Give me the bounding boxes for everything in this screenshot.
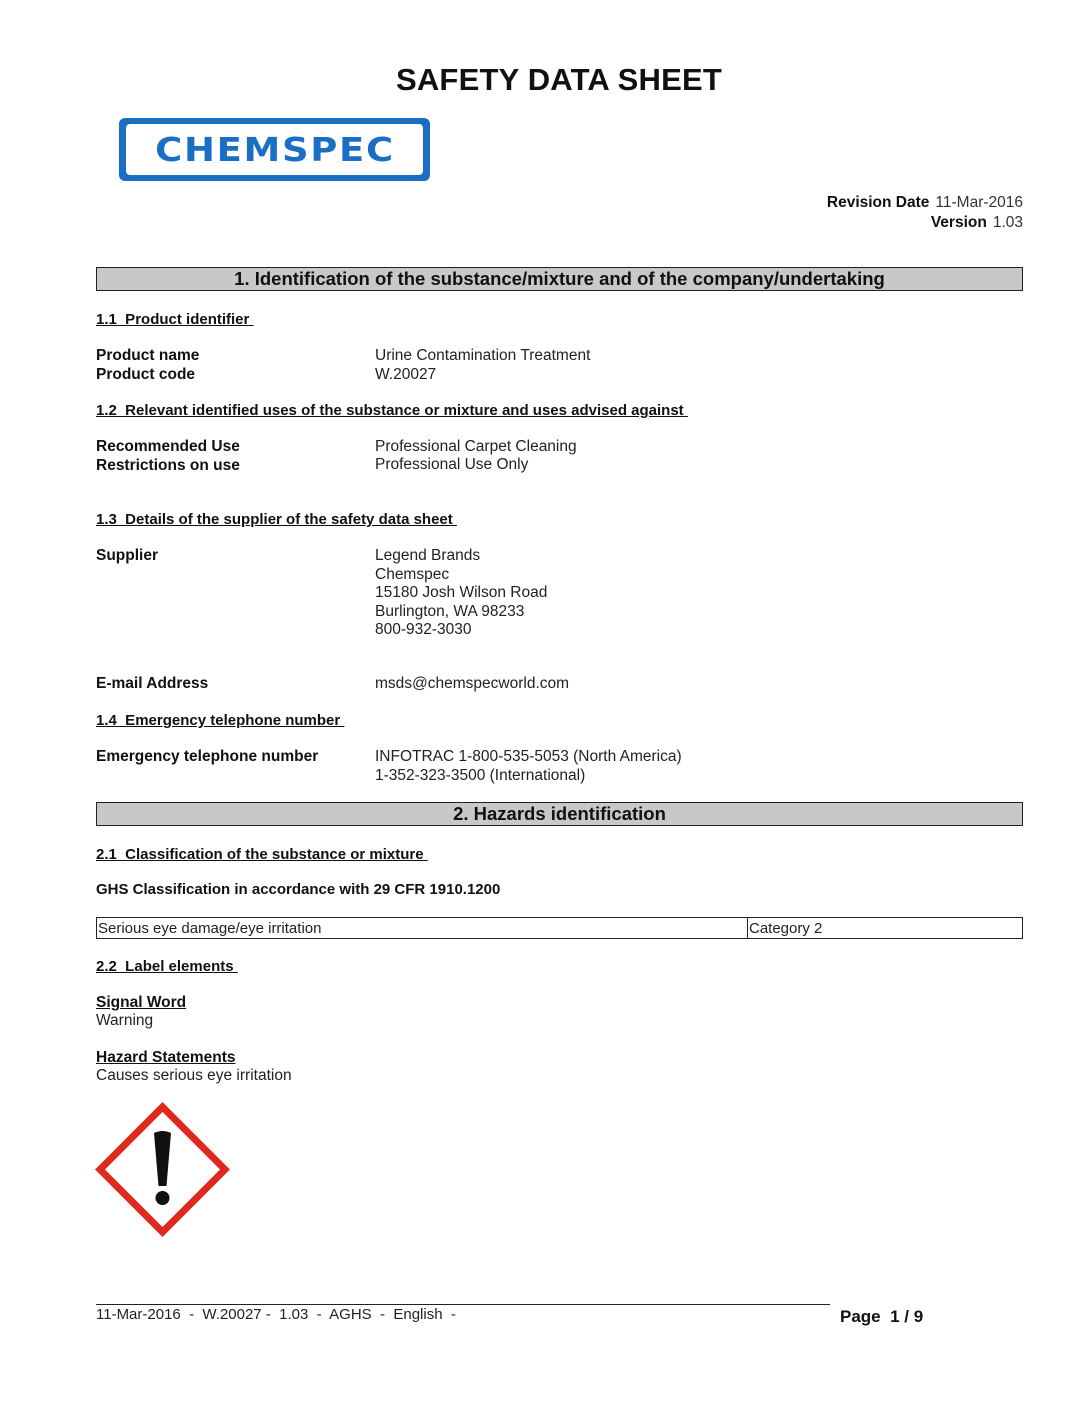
revision-info: Revision Date11-Mar-2016 Version1.03 [827,193,1023,232]
supplier-line: Chemspec [375,566,547,585]
product-code-label: Product code [96,366,195,384]
email-value: msds@chemspecworld.com [375,675,569,694]
logo-text: CHEMSPEC [155,130,395,169]
subsection-1-1-heading: 1.1 Product identifier [96,311,254,328]
subsection-1-2-heading: 1.2 Relevant identified uses of the subs… [96,402,688,419]
classification-table: Serious eye damage/eye irritation Catego… [96,917,1023,939]
subsection-2-2-heading: 2.2 Label elements [96,958,238,975]
hazard-class-cell: Serious eye damage/eye irritation [97,918,748,939]
hazard-category-cell: Category 2 [748,918,1023,939]
subsection-2-1-heading: 2.1 Classification of the substance or m… [96,846,428,863]
footer-text: 11-Mar-2016 - W.20027 - 1.03 - AGHS - En… [96,1306,456,1323]
subsection-1-4-heading: 1.4 Emergency telephone number [96,712,344,729]
footer-divider [96,1304,830,1305]
subsection-1-3-heading: 1.3 Details of the supplier of the safet… [96,511,457,528]
section-2-heading: 2. Hazards identification [96,802,1023,826]
version-label: Version [931,214,987,231]
emergency-phone-line: 1-352-323-3500 (International) [375,767,682,786]
hazard-statements-label: Hazard Statements [96,1049,236,1067]
product-code-value: W.20027 [375,366,436,385]
exclamation-mark-icon [95,1102,230,1237]
email-label: E-mail Address [96,675,208,693]
revision-date-label: Revision Date [827,194,930,211]
recommended-use-label: Recommended Use [96,438,240,456]
supplier-line: 15180 Josh Wilson Road [375,584,547,603]
revision-date-value: 11-Mar-2016 [935,194,1023,211]
chemspec-logo: CHEMSPEC [119,118,430,181]
hazard-statement-value: Causes serious eye irritation [96,1067,292,1085]
page-number: Page 1 / 9 [840,1307,923,1327]
supplier-line: Burlington, WA 98233 [375,603,547,622]
table-row: Serious eye damage/eye irritation Catego… [97,918,1023,939]
signal-word-label: Signal Word [96,994,186,1012]
section-1-heading: 1. Identification of the substance/mixtu… [96,267,1023,291]
document-title: SAFETY DATA SHEET [0,62,1088,98]
product-name-label: Product name [96,347,199,365]
restrictions-value: Professional Use Only [375,456,528,475]
product-name-value: Urine Contamination Treatment [375,347,590,366]
restrictions-label: Restrictions on use [96,457,240,475]
recommended-use-value: Professional Carpet Cleaning [375,438,577,457]
emergency-phone-label: Emergency telephone number [96,748,318,766]
supplier-address: Legend Brands Chemspec 15180 Josh Wilson… [375,547,547,640]
signal-word-value: Warning [96,1012,153,1030]
ghs-classification-title: GHS Classification in accordance with 29… [96,881,500,898]
supplier-line: 800-932-3030 [375,621,547,640]
revision-date-row: Revision Date11-Mar-2016 [827,193,1023,213]
logo-inner: CHEMSPEC [126,124,423,175]
version-row: Version1.03 [827,213,1023,233]
supplier-label: Supplier [96,547,158,565]
emergency-phone-line: INFOTRAC 1-800-535-5053 (North America) [375,748,682,767]
supplier-line: Legend Brands [375,547,547,566]
version-value: 1.03 [993,214,1023,231]
emergency-phone-values: INFOTRAC 1-800-535-5053 (North America) … [375,748,682,785]
